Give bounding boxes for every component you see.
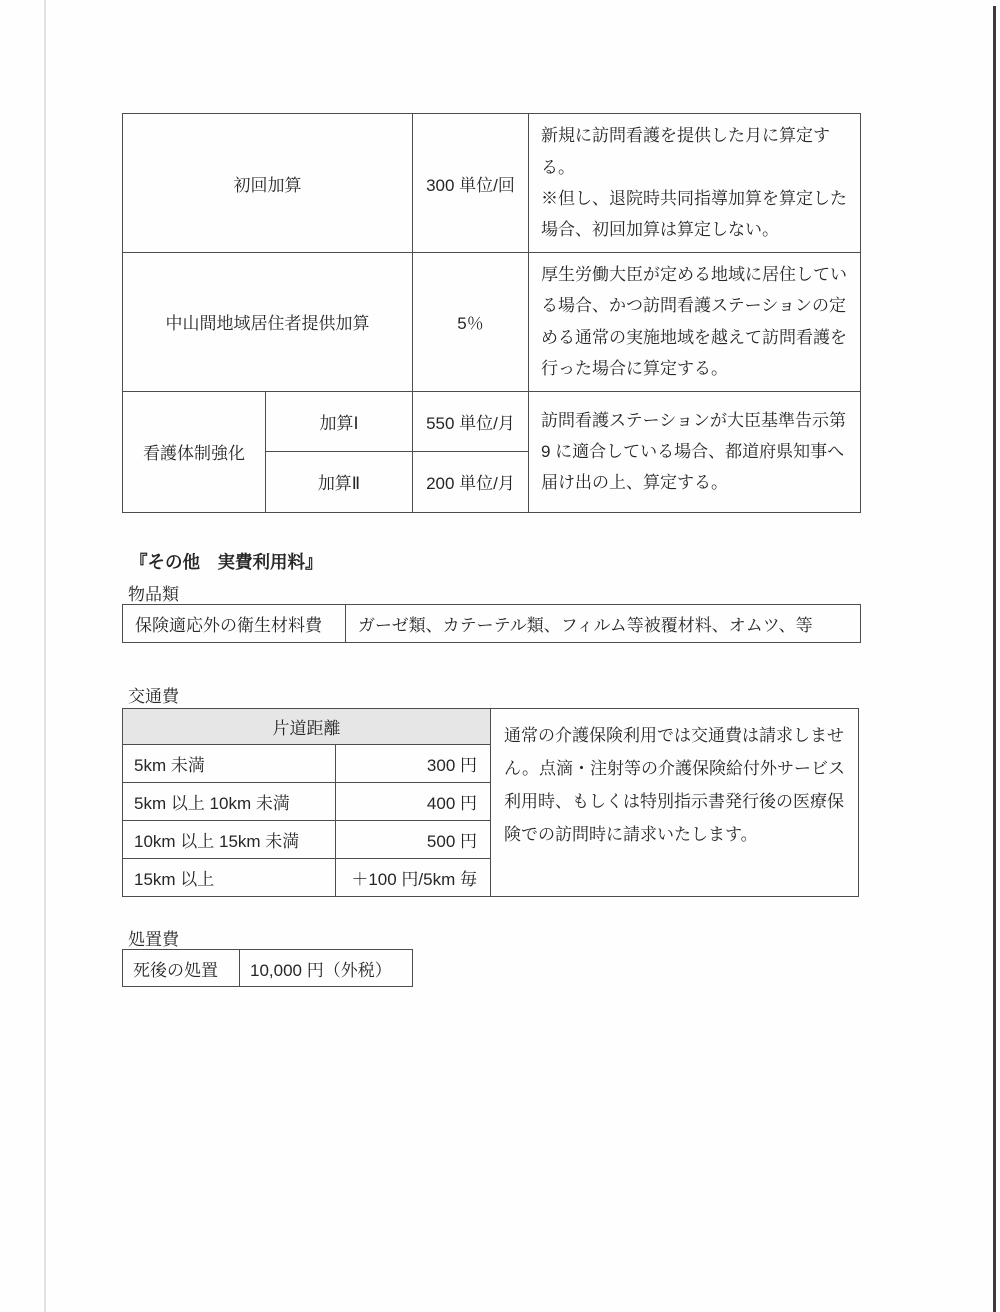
table-row-kango-taisei-1: 看護体制強化 加算Ⅰ 550 単位/月 訪問看護ステーションが大臣基準告示第 9…: [123, 391, 861, 451]
description-note-text: ※但し、退院時共同指導加算を算定した場合、初回加算は算定しない。: [541, 183, 848, 246]
goods-category-label: 物品類: [128, 580, 179, 605]
one-way-distance-header-cell: 片道距離: [123, 709, 491, 745]
treatment-fee-table: 死後の処置 10,000 円（外税）: [122, 949, 413, 987]
fee-description-cell: 新規に訪問看護を提供した月に算定する。 ※但し、退院時共同指導加算を算定した場合…: [529, 114, 861, 253]
transport-fee-label: 交通費: [128, 682, 179, 707]
fee-unit-cell: 300 単位/回: [413, 114, 529, 253]
distance-cell: 5km 以上 10km 未満: [123, 783, 336, 821]
price-cell: 300 円: [336, 745, 491, 783]
addition-fees-table: 初回加算 300 単位/回 新規に訪問看護を提供した月に算定する。 ※但し、退院…: [122, 113, 861, 513]
treatment-item-cell: 死後の処置: [123, 950, 240, 987]
price-cell: 400 円: [336, 783, 491, 821]
fee-name-cell: 中山間地域居住者提供加算: [123, 253, 413, 392]
goods-item-cell: 保険適応外の衛生材料費: [123, 605, 346, 643]
distance-cell: 15km 以上: [123, 859, 336, 897]
fee-subname-cell: 加算Ⅱ: [266, 451, 413, 512]
transport-fee-table: 片道距離 通常の介護保険利用では交通費は請求しません。点滴・注射等の介護保険給付…: [122, 708, 859, 897]
treatment-fee-label: 処置費: [128, 925, 179, 950]
section-title-other-actual-costs: 『その他 実費利用料』: [130, 549, 323, 574]
scanned-document-page: 初回加算 300 単位/回 新規に訪問看護を提供した月に算定する。 ※但し、退院…: [0, 0, 1000, 1312]
fee-group-name-cell: 看護体制強化: [123, 391, 266, 512]
scan-fold-line: [44, 0, 46, 1312]
distance-cell: 5km 未満: [123, 745, 336, 783]
table-header-row: 片道距離 通常の介護保険利用では交通費は請求しません。点滴・注射等の介護保険給付…: [123, 709, 859, 745]
fee-description-cell: 厚生労働大臣が定める地域に居住している場合、かつ訪問看護ステーションの定める通常…: [529, 253, 861, 392]
price-cell: ＋100 円/5km 毎: [336, 859, 491, 897]
treatment-price-cell: 10,000 円（外税）: [240, 950, 413, 987]
scan-edge-line: [993, 6, 996, 1312]
table-row-postmortem-care: 死後の処置 10,000 円（外税）: [123, 950, 413, 987]
table-row-hygiene-materials: 保険適応外の衛生材料費 ガーゼ類、カテーテル類、フィルム等被覆材料、オムツ、等: [123, 605, 861, 643]
table-row-chusankan-kasan: 中山間地域居住者提供加算 5％ 厚生労働大臣が定める地域に居住している場合、かつ…: [123, 253, 861, 392]
price-cell: 500 円: [336, 821, 491, 859]
description-text: 厚生労働大臣が定める地域に居住している場合、かつ訪問看護ステーションの定める通常…: [541, 259, 848, 385]
fee-unit-cell: 5％: [413, 253, 529, 392]
transport-note-cell: 通常の介護保険利用では交通費は請求しません。点滴・注射等の介護保険給付外サービス…: [491, 709, 859, 897]
fee-subname-cell: 加算Ⅰ: [266, 391, 413, 451]
goods-contents-cell: ガーゼ類、カテーテル類、フィルム等被覆材料、オムツ、等: [346, 605, 861, 643]
goods-fee-table: 保険適応外の衛生材料費 ガーゼ類、カテーテル類、フィルム等被覆材料、オムツ、等: [122, 604, 861, 643]
fee-description-cell: 訪問看護ステーションが大臣基準告示第 9 に適合している場合、都道府県知事へ届け…: [529, 391, 861, 512]
table-row-shokai-kasan: 初回加算 300 単位/回 新規に訪問看護を提供した月に算定する。 ※但し、退院…: [123, 114, 861, 253]
fee-unit-cell: 200 単位/月: [413, 451, 529, 512]
fee-unit-cell: 550 単位/月: [413, 391, 529, 451]
distance-cell: 10km 以上 15km 未満: [123, 821, 336, 859]
description-text: 訪問看護ステーションが大臣基準告示第 9 に適合している場合、都道府県知事へ届け…: [541, 405, 848, 499]
fee-name-cell: 初回加算: [123, 114, 413, 253]
description-text: 新規に訪問看護を提供した月に算定する。: [541, 120, 848, 183]
